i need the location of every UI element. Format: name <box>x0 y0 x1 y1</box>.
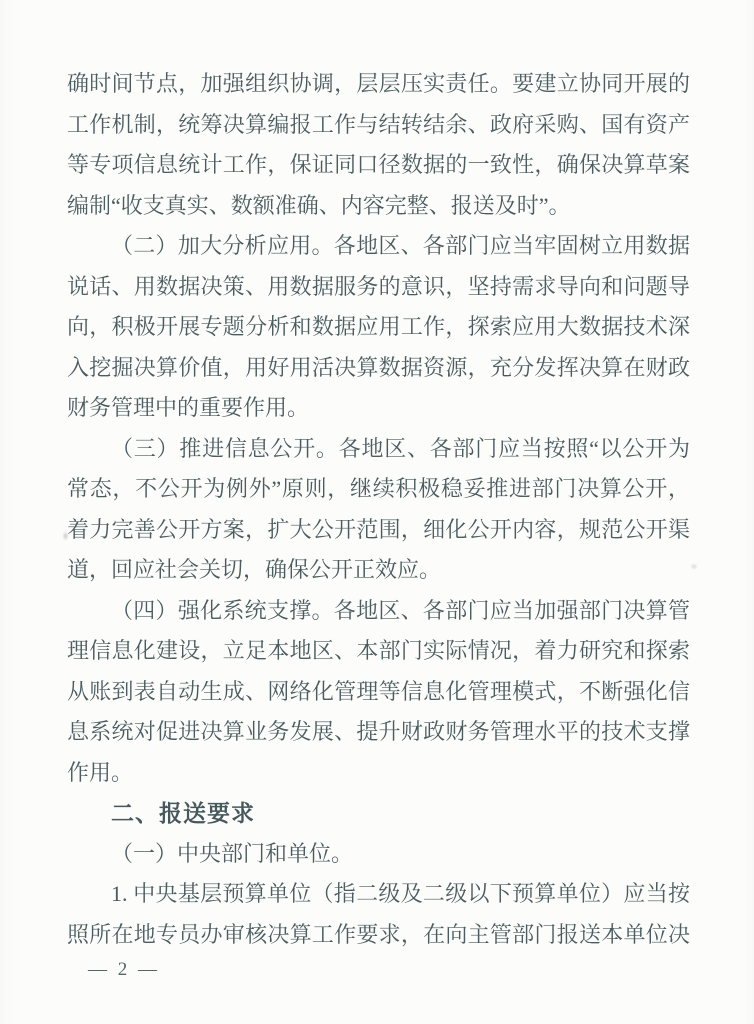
subsection-heading-line: （三）推进信息公开。各地区、各部门应当按照“以公开为 <box>67 429 690 470</box>
text-line: 着力完善公开方案，扩大公开范围，细化公开内容，规范公开渠 <box>67 510 690 551</box>
text-line: 作用。 <box>67 753 690 794</box>
text-line: 编制“收支真实、数额准确、内容完整、报送及时”。 <box>67 186 690 227</box>
text-line: 照所在地专员办审核决算工作要求，在向主管部门报送本单位决 <box>67 915 690 956</box>
text-line: 说话、用数据决策、用数据服务的意识，坚持需求导向和问题导 <box>67 267 690 308</box>
text-line: 工作机制，统筹决算编报工作与结转结余、政府采购、国有资产 <box>67 105 690 146</box>
scan-speck <box>690 563 698 570</box>
text-line: 理信息化建设，立足本地区、本部门实际情况，着力研究和探索 <box>67 631 690 672</box>
text-line: 确时间节点，加强组织协调，层层压实责任。要建立协同开展的 <box>67 64 690 105</box>
text-line: 道，回应社会关切，确保公开正效应。 <box>67 550 690 591</box>
subsection-heading-line: （四）强化系统支撑。各地区、各部门应当加强部门决算管 <box>67 591 690 632</box>
text-line: 财务管理中的重要作用。 <box>67 388 690 429</box>
text-line: 向，积极开展专题分析和数据应用工作，探索应用大数据技术深 <box>67 307 690 348</box>
document-page: 确时间节点，加强组织协调，层层压实责任。要建立协同开展的 工作机制，统筹决算编报… <box>0 0 754 1024</box>
text-line: 常态，不公开为例外”原则，继续积极稳妥推进部门决算公开， <box>67 469 690 510</box>
page-number: — 2 — <box>88 959 160 981</box>
document-text-block: 确时间节点，加强组织协调，层层压实责任。要建立协同开展的 工作机制，统筹决算编报… <box>67 64 690 955</box>
text-line: 1. 中央基层预算单位（指二级及二级以下预算单位）应当按 <box>67 874 690 915</box>
subsection-heading-line: （二）加大分析应用。各地区、各部门应当牢固树立用数据 <box>67 226 690 267</box>
text-line: 从账到表自动生成、网络化管理等信息化管理模式，不断强化信 <box>67 672 690 713</box>
subsection-heading-line: （一）中央部门和单位。 <box>67 834 690 875</box>
text-line: 入挖掘决算价值，用好用活决算数据资源，充分发挥决算在财政 <box>67 348 690 389</box>
text-line: 息系统对促进决算业务发展、提升财政财务管理水平的技术支撑 <box>67 712 690 753</box>
text-line: 等专项信息统计工作，保证同口径数据的一致性，确保决算草案 <box>67 145 690 186</box>
section-heading: 二、报送要求 <box>67 793 690 834</box>
